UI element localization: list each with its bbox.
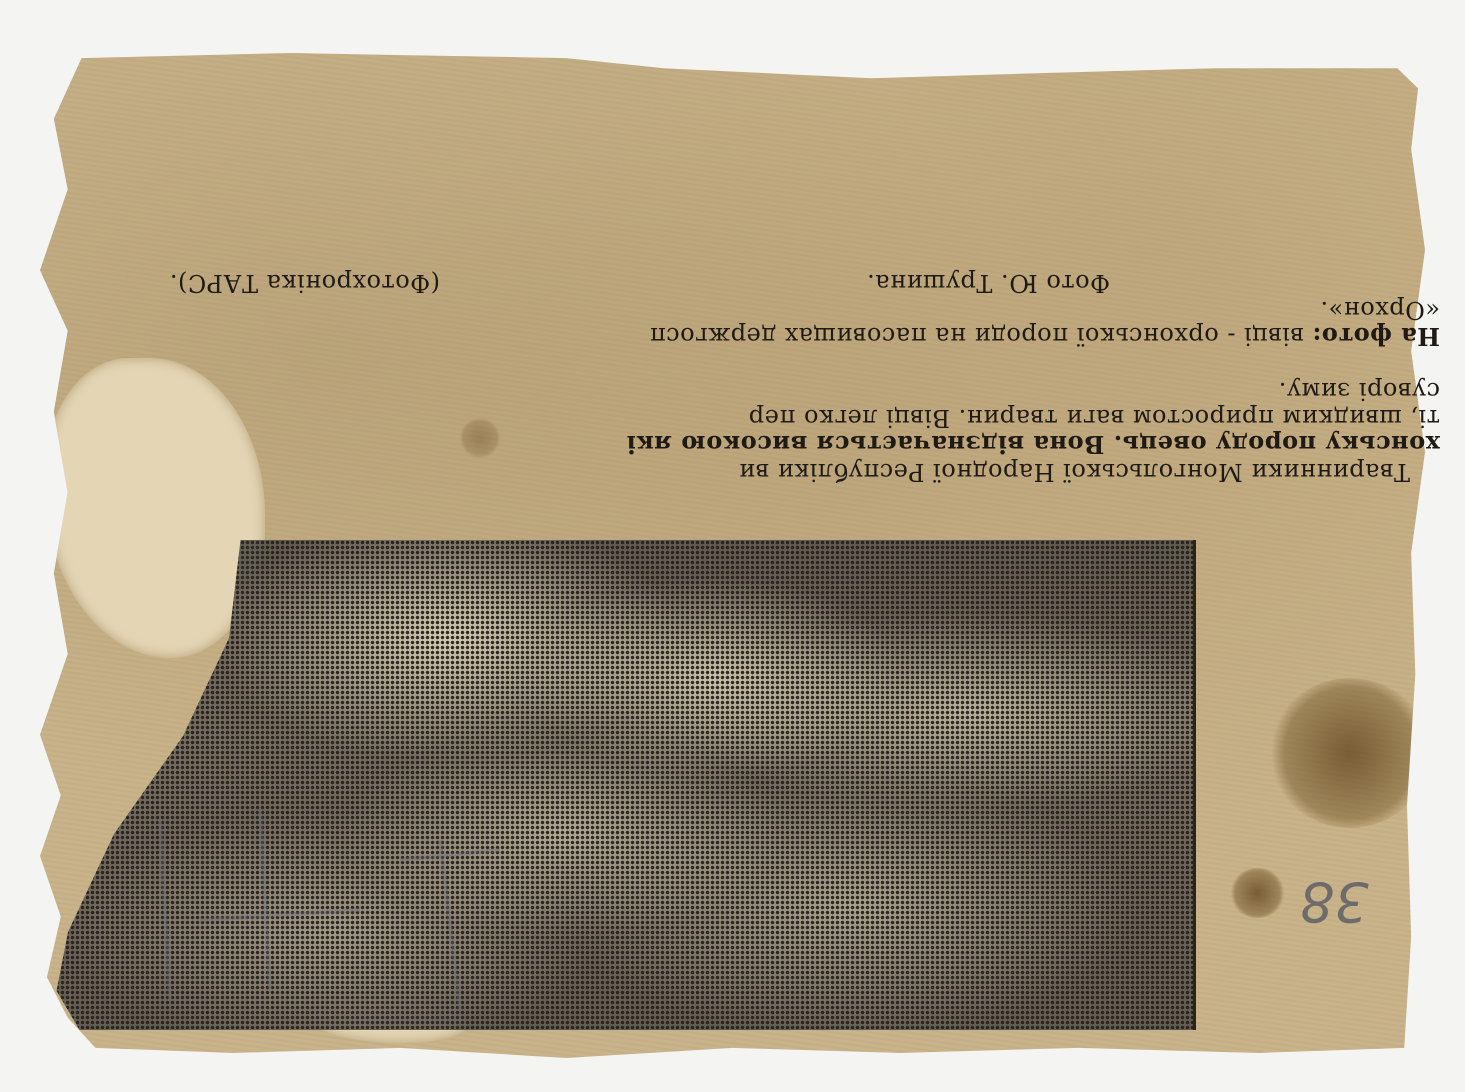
handwritten-number: 38 — [1300, 870, 1369, 933]
caption-line-4: суворі зиму. — [1278, 377, 1440, 404]
pencil-scribble-icon — [140, 800, 560, 1030]
caption-line-1: Тваринники Монгольської Народної Республ… — [739, 458, 1410, 485]
caption-line-2: хонську породу овець. Вона відзначається… — [626, 430, 1440, 458]
water-stain-large — [1270, 678, 1430, 828]
photo-border — [1193, 540, 1196, 1030]
photo-caption-line-2: «Орхон». — [1320, 296, 1440, 323]
caption-text-block: Тваринники Монгольської Народної Республ… — [60, 215, 1410, 485]
photo-caption-label: На фото: — [1312, 322, 1440, 351]
photo-caption-text: вівці - орхонської породи на пасовищах д… — [649, 322, 1312, 350]
water-stain-small — [1230, 868, 1285, 918]
caption-line-3: ті, швидким приростом ваги тварин. Вівці… — [748, 404, 1440, 431]
agency-credit: (Фотохроніка ТАРС). — [169, 269, 440, 296]
photo-caption-line: На фото: вівці - орхонської породи на па… — [649, 322, 1440, 350]
photo-credit: Фото Ю. Трушина. — [867, 269, 1110, 296]
